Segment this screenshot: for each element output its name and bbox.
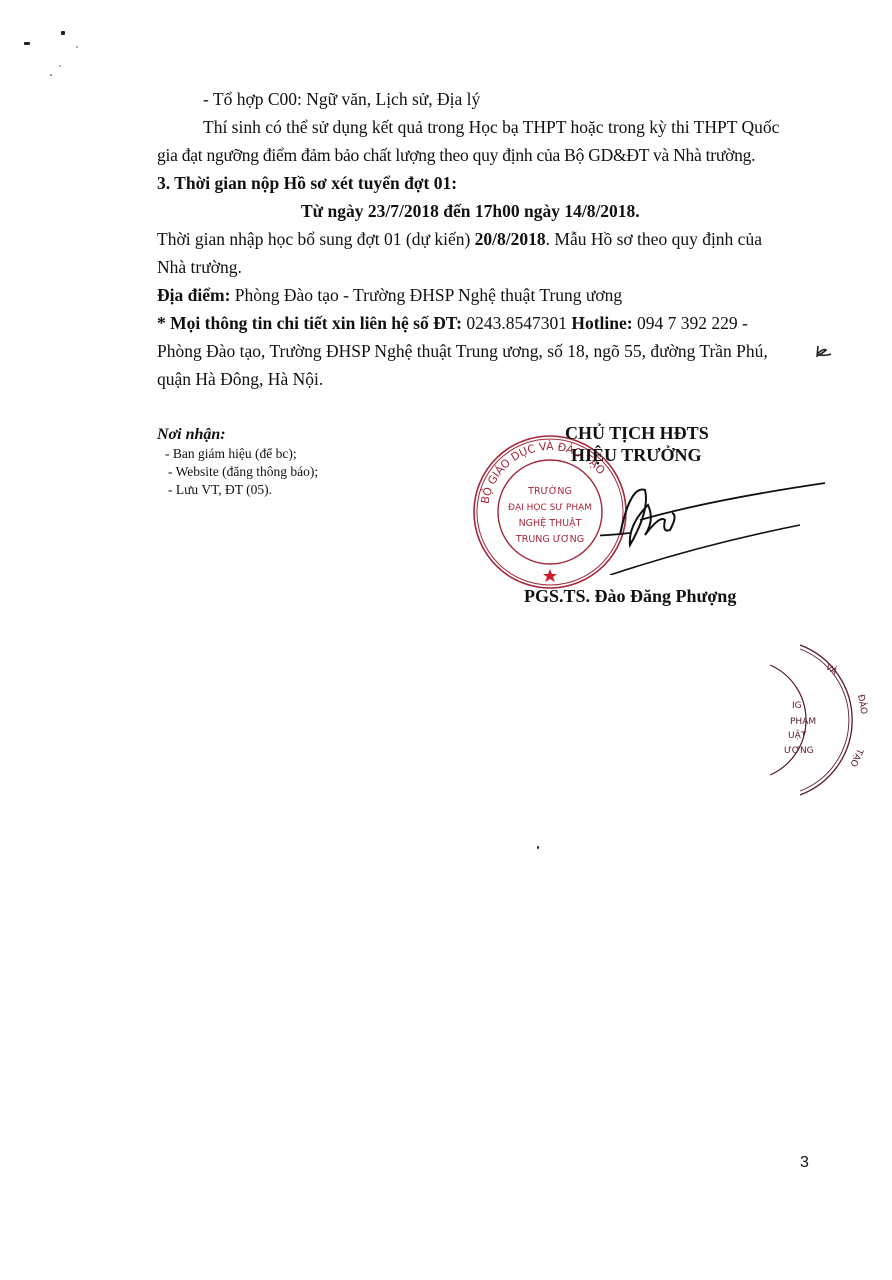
handwritten-mark-icon	[814, 344, 834, 360]
combo-c00-line: - Tổ hợp C00: Ngữ văn, Lịch sử, Địa lý	[203, 88, 480, 110]
scan-speck	[76, 46, 78, 48]
svg-text:UẬT: UẬT	[788, 729, 807, 741]
hotline-value: 094 7 392 229 -	[633, 313, 748, 333]
contact-phone: 0243.8547301	[462, 313, 571, 333]
recipient-item: - Lưu VT, ĐT (05).	[168, 481, 272, 498]
signature-title-1: CHỦ TỊCH HĐTS	[565, 422, 709, 444]
stamp-inner-line: ĐẠI HỌC SƯ PHẠM	[508, 503, 592, 513]
deadline-line: Từ ngày 23/7/2018 đến 17h00 ngày 14/8/20…	[301, 200, 640, 222]
contact-line: * Mọi thông tin chi tiết xin liên hệ số …	[157, 312, 748, 334]
scan-speck	[61, 31, 65, 35]
page-number: 3	[800, 1152, 809, 1174]
hotline-label: Hotline:	[571, 313, 632, 333]
enrollment-line-2: Nhà trường.	[157, 256, 242, 278]
scan-speck	[24, 42, 30, 45]
svg-text:ƯƠNG: ƯƠNG	[784, 746, 814, 756]
paragraph-line: Thí sinh có thể sử dụng kết quả trong Họ…	[203, 116, 779, 138]
location-label: Địa điểm:	[157, 285, 230, 305]
enrollment-prefix: Thời gian nhập học bổ sung đợt 01 (dự ki…	[157, 229, 475, 249]
svg-text:TẠO: TẠO	[847, 746, 864, 768]
enrollment-line: Thời gian nhập học bổ sung đợt 01 (dự ki…	[157, 228, 762, 250]
stamp-inner-line: TRUNG ƯƠNG	[515, 534, 584, 545]
svg-text:IG: IG	[792, 701, 802, 711]
signer-name: PGS.TS. Đào Đăng Phượng	[524, 585, 736, 607]
contact-label: * Mọi thông tin chi tiết xin liên hệ số …	[157, 313, 462, 333]
recipients-heading: Nơi nhận:	[157, 424, 226, 446]
location-value: Phòng Đào tạo - Trường ĐHSP Nghệ thuật T…	[230, 285, 622, 305]
scan-speck	[537, 846, 539, 849]
section-heading: 3. Thời gian nộp Hồ sơ xét tuyển đợt 01:	[157, 172, 457, 194]
address-line-2: quận Hà Đông, Hà Nội.	[157, 368, 323, 390]
stamp-inner-line: NGHỆ THUẬT	[519, 517, 582, 529]
recipient-item: - Ban giám hiệu (để bc);	[165, 445, 297, 462]
address-line: Phòng Đào tạo, Trường ĐHSP Nghệ thuật Tr…	[157, 340, 768, 362]
svg-text:ĐÀO: ĐÀO	[855, 693, 870, 715]
stamp-inner-line: TRƯỜNG	[527, 485, 572, 497]
recipient-item: - Website (đăng thông báo);	[168, 463, 318, 480]
svg-text:PHẠM: PHẠM	[790, 717, 816, 727]
star-icon	[543, 569, 557, 582]
location-line: Địa điểm: Phòng Đào tạo - Trường ĐHSP Ng…	[157, 284, 622, 306]
enrollment-date: 20/8/2018	[475, 229, 546, 249]
enrollment-suffix: . Mẫu Hồ sơ theo quy định của	[546, 229, 762, 249]
partial-stamp: VÀ ĐÀO TẠO IG PHẠM UẬT ƯƠNG	[730, 640, 892, 800]
signature-title-2: HIỆU TRƯỞNG	[571, 444, 702, 466]
scan-speck	[59, 65, 61, 67]
handwritten-signature	[600, 465, 830, 575]
paragraph-line: gia đạt ngưỡng điểm đảm bảo chất lượng t…	[157, 144, 755, 166]
scan-speck	[50, 74, 52, 76]
